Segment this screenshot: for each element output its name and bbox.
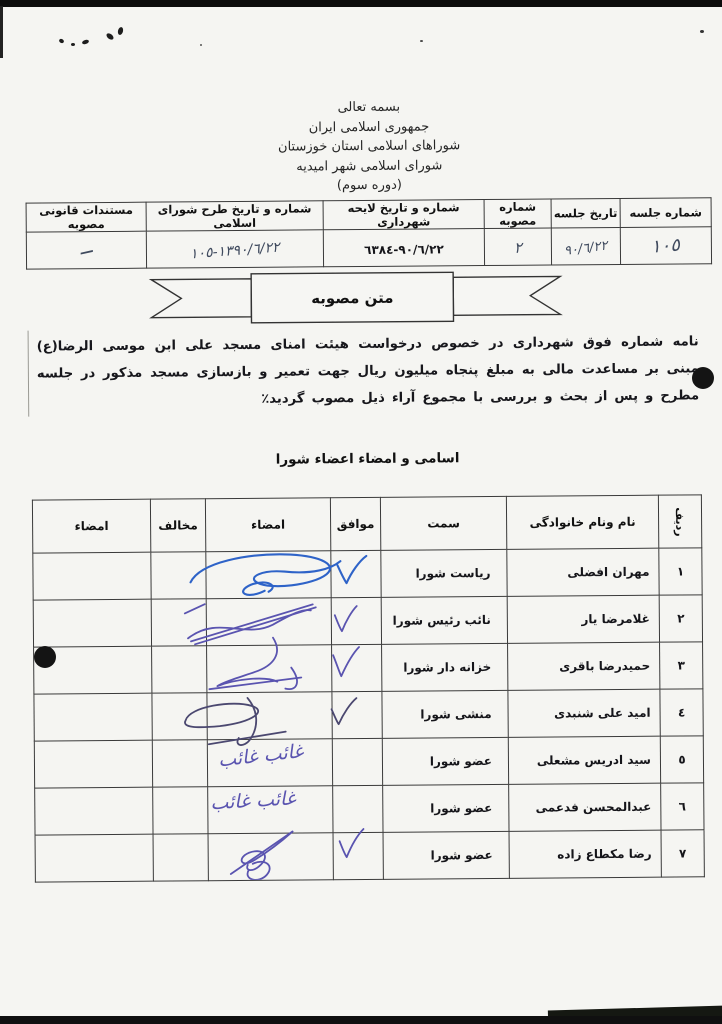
scanned-document-page: بسمه تعالی جمهوری اسلامی ایران شوراهای ا… [0,0,722,1024]
banner-left-wing [151,279,251,318]
header-legal-docs: مستندات قانونی مصوبه [26,202,146,232]
ink-blot-left [34,646,56,668]
council-plan-value: ١٣٩٠/٦/٢٢-١٠٥ [190,239,281,262]
header-row-number: ردیف [658,495,701,548]
member-row-3: ٣ حمیدرضا باقری خزانه دار شورا [34,642,703,694]
banner-right-wing [453,276,560,315]
letterhead-line-term: (دوره سوم) [19,173,719,198]
member-row-1: ١ مهران افضلی ریاست شورا [33,548,702,600]
info-table-value-row: ١٠٥ ٩٠/٦/٢٢ ٢ ٩٠/٦/٢٢-٦٣٨٤ ١٣٩٠/٦/٢٢-١٠٥… [26,227,711,269]
document-letterhead: بسمه تعالی جمهوری اسلامی ایران شوراهای ا… [19,95,720,198]
header-signature-oppose: امضاء [32,499,150,553]
header-signature-agree: امضاء [205,498,330,552]
municipality-bill-value: ٩٠/٦/٢٢-٦٣٨٤ [364,242,444,257]
member-row-6: ٦ عبدالمحسن فدعمی عضو شورا [35,783,704,835]
header-municipality-bill: شماره و تاریخ لایحه شهرداری [323,200,484,230]
banner-title: متن مصوبه [311,289,393,308]
legal-docs-value: — [78,242,95,261]
header-position: سمت [380,496,506,550]
resolution-text: نامه شماره فوق شهرداری در خصوص درخواست ه… [37,328,700,414]
header-resolution-number: شماره مصوبه [484,199,551,229]
header-full-name: نام ونام خانوادگی [506,495,658,549]
members-table: ردیف نام ونام خانوادگی سمت موافق امضاء م… [32,494,705,882]
header-agree: موافق [330,497,380,550]
session-number-value: ١٠٥ [651,234,682,257]
header-oppose: مخالف [150,499,205,552]
session-info-table: شماره جلسه تاریخ جلسه شماره مصوبه شماره … [26,197,713,269]
header-session-number: شماره جلسه [620,198,711,228]
header-session-date: تاریخ جلسه [551,198,620,228]
member-row-7: ٧ رضا مکطاع زاده عضو شورا [35,830,704,882]
resolution-banner: متن مصوبه [148,268,568,329]
header-council-plan: شماره و تاریخ طرح شورای اسلامی [146,201,323,231]
members-section-title: اسامی و امضاء اعضاء شورا [14,448,722,470]
member-row-4: ٤ امید علی شنبدی منشی شورا [34,689,703,741]
member-row-5: ٥ سید ادریس مشعلی عضو شورا [34,736,703,788]
scan-edge-bottom [0,1016,722,1024]
fold-line [28,331,30,417]
members-table-header-row: ردیف نام ونام خانوادگی سمت موافق امضاء م… [32,495,701,553]
session-date-value: ٩٠/٦/٢٢ [563,238,608,259]
ink-blot-right [692,367,714,389]
resolution-number-value: ٢ [513,238,522,256]
member-row-2: ٢ غلامرضا یار نائب رئیس شورا [33,595,702,647]
